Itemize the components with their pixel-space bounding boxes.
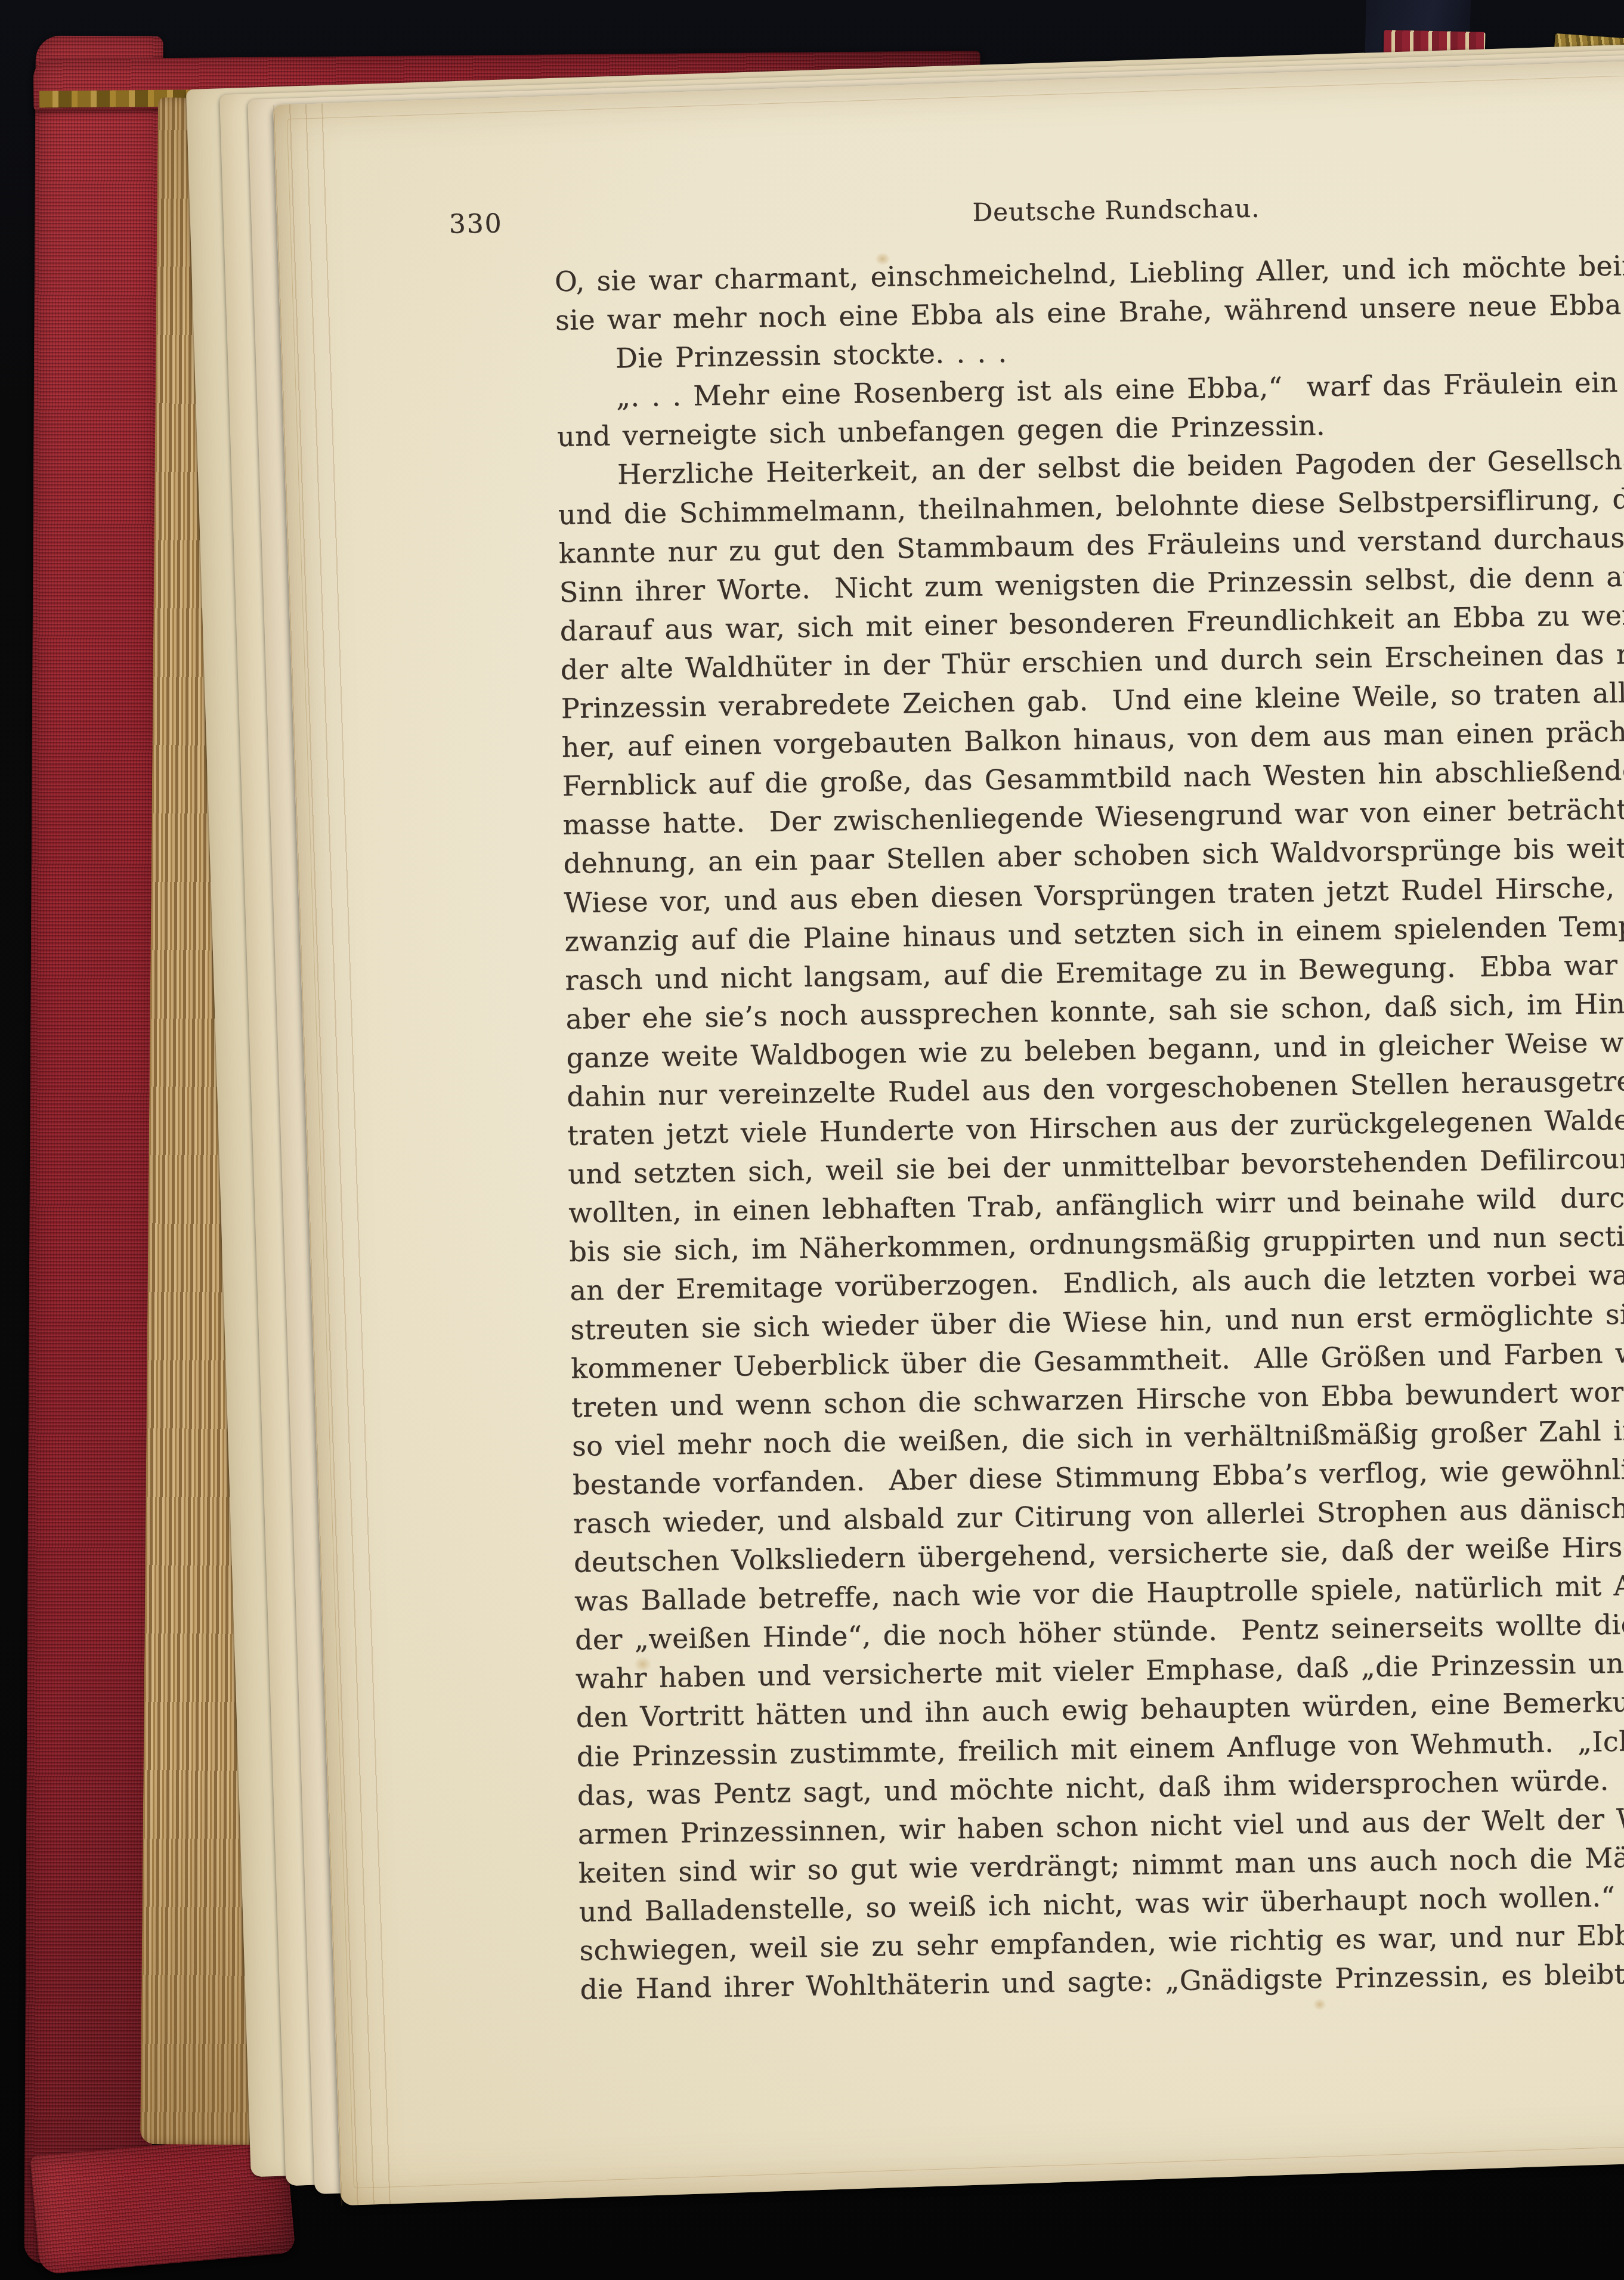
body-text-lines: O, sie war charmant, einschmeichelnd, Li…	[555, 243, 1624, 2009]
fox-spot	[1313, 1999, 1326, 2011]
photo-of-book-page: { "colors": { "background": "#0a0a0c", "…	[0, 0, 1624, 2280]
page-number: 330	[448, 208, 503, 239]
printed-text-block: 330 Deutsche Rundschau. O, sie war charm…	[553, 178, 1624, 2009]
journal-title: Deutsche Rundschau.	[972, 193, 1260, 227]
